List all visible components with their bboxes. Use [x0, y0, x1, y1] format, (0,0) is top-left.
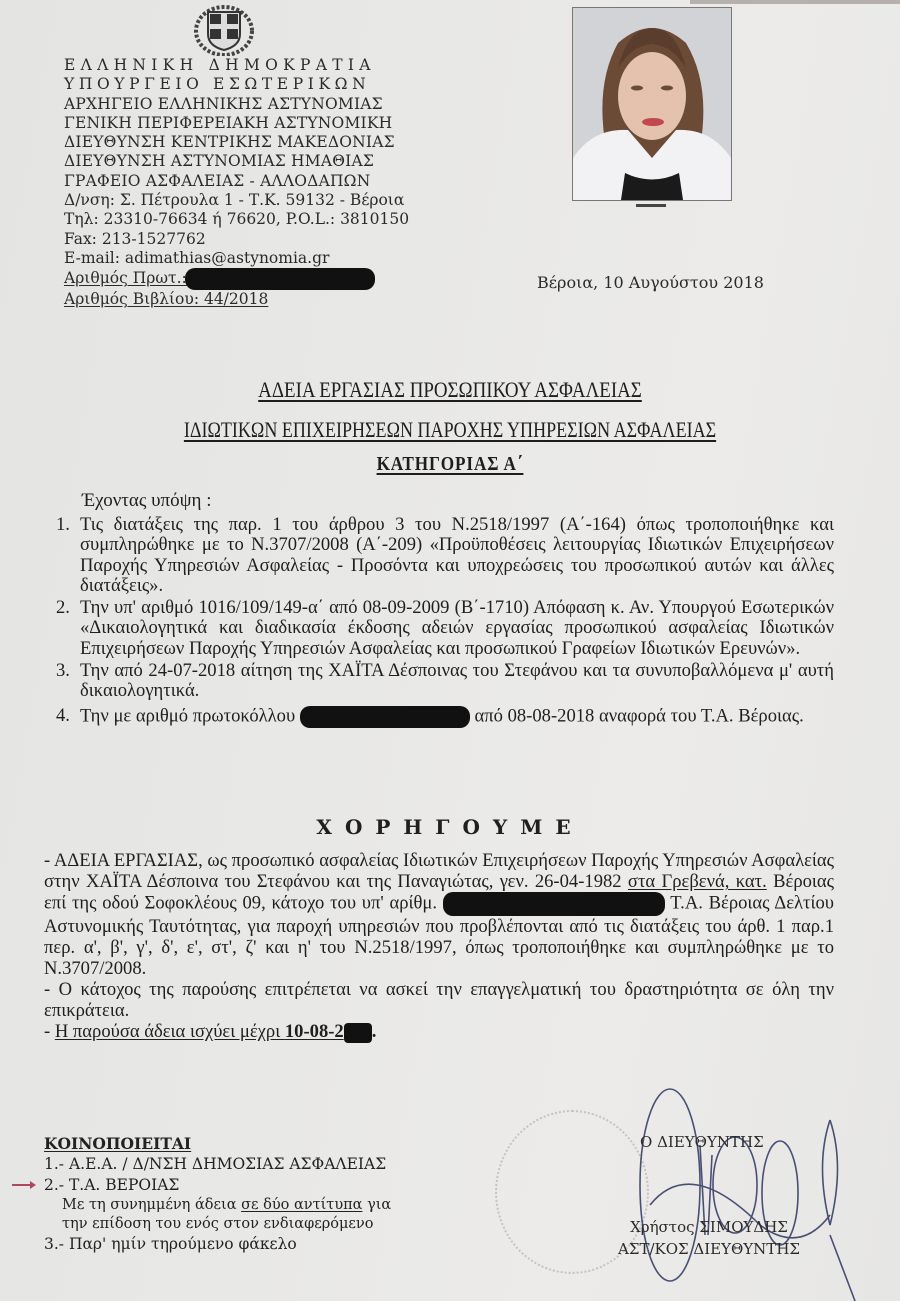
redaction-mark: [300, 706, 470, 728]
pen-arrow-mark: [12, 1184, 32, 1186]
list-item: 4.Την με αριθμό πρωτοκόλλου από 08-08-20…: [56, 706, 834, 728]
list-item: 3.Την από 24-07-2018 αίτηση της ΧΑΪΤΑ Δέ…: [56, 661, 834, 702]
phone: Τηλ: 23310-76634 ή 76620, P.O.L.: 381015…: [64, 210, 409, 229]
redaction-mark: [185, 268, 375, 290]
document-title-line-1: ΑΔΕΙΑ ΕΡΓΑΣΙΑΣ ΠΡΟΣΩΠΙΚΟΥ ΑΣΦΑΛΕΙΑΣ: [63, 377, 837, 403]
book-number: Αριθμός Βιβλίου: 44/2018: [64, 290, 409, 309]
photo-edge-strip: [690, 0, 900, 4]
grant-heading: ΧΟΡΗΓΟΥΜΕ: [0, 815, 900, 839]
header-line: ΑΡΧΗΓΕΙΟ ΕΛΛΗΝΙΚΗΣ ΑΣΤΥΝΟΜΙΑΣ: [64, 95, 409, 114]
signatory-name: Χρήστος ΣΙΜΟΥΔΗΣ: [618, 1216, 800, 1238]
address: Δ/νση: Σ. Πέτρουλα 1 - Τ.Κ. 59132 - Βέρο…: [64, 191, 409, 210]
header-line: ΓΡΑΦΕΙΟ ΑΣΦΑΛΕΙΑΣ - ΑΛΛΟΔΑΠΩΝ: [64, 172, 409, 191]
list-item: 1.Τις διατάξεις της παρ. 1 του άρθρου 3 …: [56, 515, 834, 596]
considerations-intro: Έχοντας υπόψη :: [82, 490, 212, 512]
distribution-heading: ΚΟΙΝΟΠΟΙΕΙΤΑΙ: [44, 1133, 391, 1154]
signatory-rank: ΑΣΤ/ΚΟΣ ΔΙΕΥΘΥΝΤΗΣ: [618, 1238, 800, 1260]
distribution-item: 2.- Τ.Α. ΒΕΡΟΙΑΣ: [44, 1175, 391, 1196]
license-category: ΚΑΤΗΓΟΡΙΑΣ Α΄: [63, 453, 837, 476]
protocol-label: Αριθμός Πρωτ.:: [64, 269, 187, 287]
list-item: 2.Την υπ' αριθμό 1016/109/149-α΄ από 08-…: [56, 598, 834, 659]
document-title-line-2: ΙΔΙΩΤΙΚΩΝ ΕΠΙΧΕΙΡΗΣΕΩΝ ΠΑΡΟΧΗΣ ΥΠΗΡΕΣΙΩΝ…: [81, 417, 819, 443]
header-line: ΕΛΛΗΝΙΚΗ ΔΗΜΟΚΡΑΤΙΑ: [64, 56, 409, 75]
photo-mark: [636, 204, 666, 207]
greek-coat-of-arms-icon: [192, 4, 256, 56]
grant-paragraph: - ΑΔΕΙΑ ΕΡΓΑΣΙΑΣ, ως προσωπικό ασφαλείας…: [44, 850, 834, 979]
validity-line: - Η παρούσα άδεια ισχύει μέχρι 10-08-2.: [44, 1021, 834, 1043]
distribution-note: την επίδοση του ενός στον ενδιαφερόμενο: [44, 1215, 391, 1234]
fax: Fax: 213-1527762: [64, 230, 409, 249]
issuing-authority-header: ΕΛΛΗΝΙΚΗ ΔΗΜΟΚΡΑΤΙΑ ΥΠΟΥΡΓΕΙΟ ΕΣΩΤΕΡΙΚΩΝ…: [64, 56, 409, 310]
protocol-number: Αριθμός Πρωτ.:: [64, 268, 409, 290]
header-line: ΔΙΕΥΘΥΝΣΗ ΑΣΤΥΝΟΜΙΑΣ ΗΜΑΘΙΑΣ: [64, 152, 409, 171]
header-line: ΓΕΝΙΚΗ ΠΕΡΙΦΕΡΕΙΑΚΗ ΑΣΤΥΝΟΜΙΚΗ: [64, 114, 409, 133]
distribution-item: 1.- Α.Ε.Α. / Δ/ΝΣΗ ΔΗΜΟΣΙΑΣ ΑΣΦΑΛΕΙΑΣ: [44, 1154, 391, 1175]
distribution-item: 3.- Παρ' ημίν τηρούμενο φάκελο: [44, 1234, 391, 1255]
signatory-title: Ο ΔΙΕΥΘΥΝΤΗΣ: [640, 1133, 764, 1151]
handwritten-signature: [630, 1085, 860, 1301]
distribution-list: ΚΟΙΝΟΠΟΙΕΙΤΑΙ 1.- Α.Ε.Α. / Δ/ΝΣΗ ΔΗΜΟΣΙΑ…: [44, 1133, 391, 1255]
document-page: ΕΛΛΗΝΙΚΗ ΔΗΜΟΚΡΑΤΙΑ ΥΠΟΥΡΓΕΙΟ ΕΣΩΤΕΡΙΚΩΝ…: [0, 0, 900, 1301]
distribution-note: Με τη συνημμένη άδεια σε δύο αντίτυπα γι…: [44, 1196, 391, 1215]
signatory-block: Χρήστος ΣΙΜΟΥΔΗΣ ΑΣΤ/ΚΟΣ ΔΙΕΥΘΥΝΤΗΣ: [618, 1216, 800, 1260]
applicant-photo: [572, 7, 732, 201]
redaction-mark: [443, 892, 665, 916]
grant-paragraph: - Ο κάτοχος της παρούσης επιτρέπεται να …: [44, 979, 834, 1021]
header-line: ΔΙΕΥΘΥΝΣΗ ΚΕΝΤΡΙΚΗΣ ΜΑΚΕΔΟΝΙΑΣ: [64, 133, 409, 152]
place-and-date: Βέροια, 10 Αυγούστου 2018: [537, 273, 764, 292]
email: E-mail: adimathias@astynomia.gr: [64, 249, 409, 268]
redaction-mark: [344, 1023, 372, 1043]
header-line: ΥΠΟΥΡΓΕΙΟ ΕΣΩΤΕΡΙΚΩΝ: [64, 75, 409, 94]
considerations-list: 1.Τις διατάξεις της παρ. 1 του άρθρου 3 …: [56, 515, 834, 730]
grant-text: - ΑΔΕΙΑ ΕΡΓΑΣΙΑΣ, ως προσωπικό ασφαλείας…: [44, 850, 834, 1043]
